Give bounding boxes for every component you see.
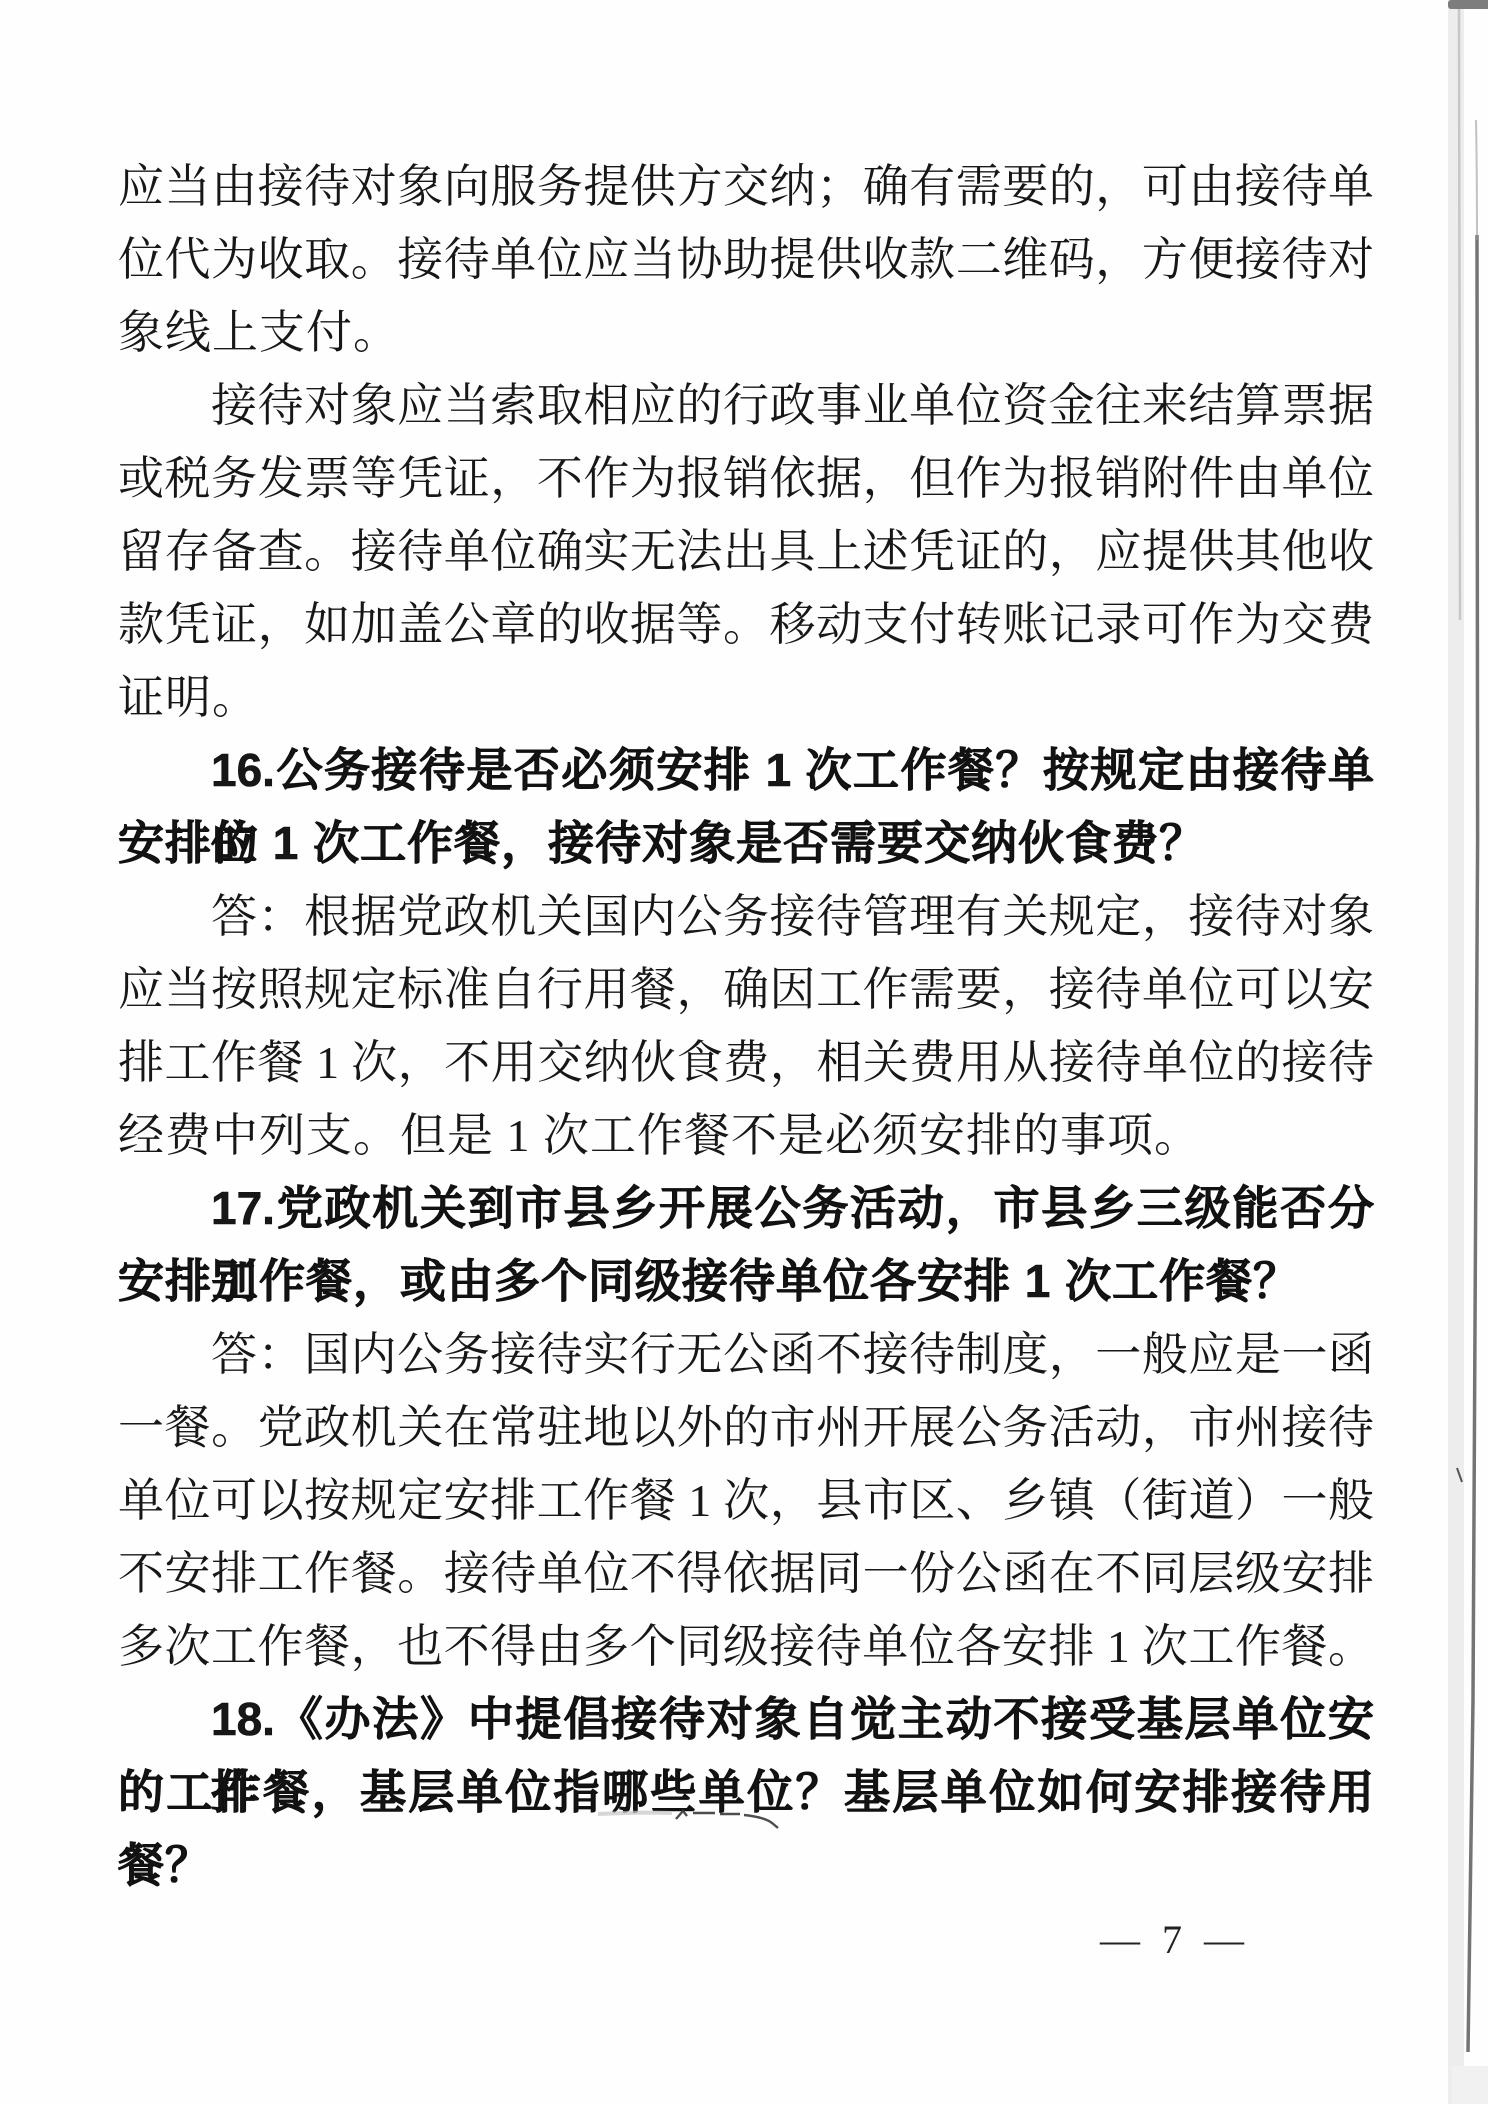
- document-text-block: 应当由接待对象向服务提供方交纳；确有需要的，可由接待单 位代为收取。接待单位应当…: [118, 150, 1374, 1902]
- scan-bottom-corner: [1452, 2066, 1488, 2104]
- question-line: 18.《办法》中提倡接待对象自觉主动不接受基层单位安排: [118, 1683, 1374, 1756]
- scan-edge-band: [1448, 0, 1464, 2104]
- text-line: 应当按照规定标准自行用餐，确因工作需要，接待单位可以安: [118, 953, 1374, 1026]
- question-line: 安排的 1 次工作餐，接待对象是否需要交纳伙食费？: [118, 807, 1374, 880]
- answer-17: 答：国内公务接待实行无公函不接待制度，一般应是一函 一餐。党政机关在常驻地以外的…: [118, 1318, 1374, 1683]
- text-line: 答：根据党政机关国内公务接待管理有关规定，接待对象: [118, 880, 1374, 953]
- text-line: 不安排工作餐。接待单位不得依据同一份公函在不同层级安排: [118, 1537, 1374, 1610]
- question-16: 16.公务接待是否必须安排 1 次工作餐？按规定由接待单位 安排的 1 次工作餐…: [118, 734, 1374, 880]
- text-line: 接待对象应当索取相应的行政事业单位资金往来结算票据: [118, 369, 1374, 442]
- paragraph: 应当由接待对象向服务提供方交纳；确有需要的，可由接待单 位代为收取。接待单位应当…: [118, 150, 1374, 369]
- question-17: 17.党政机关到市县乡开展公务活动，市县乡三级能否分别 安排工作餐，或由多个同级…: [118, 1172, 1374, 1318]
- question-line: 的工作餐，基层单位指哪些单位？基层单位如何安排接待用: [118, 1756, 1374, 1829]
- scan-edge-shadow: [1468, 235, 1478, 2052]
- text-line: 一餐。党政机关在常驻地以外的市州开展公务活动，市州接待: [118, 1391, 1374, 1464]
- paragraph: 接待对象应当索取相应的行政事业单位资金往来结算票据 或税务发票等凭证，不作为报销…: [118, 369, 1374, 734]
- text-line: 答：国内公务接待实行无公函不接待制度，一般应是一函: [118, 1318, 1374, 1391]
- page-number: — 7 —: [1100, 1916, 1250, 1963]
- text-line: 经费中列支。但是 1 次工作餐不是必须安排的事项。: [118, 1099, 1374, 1172]
- question-line: 17.党政机关到市县乡开展公务活动，市县乡三级能否分别: [118, 1172, 1374, 1245]
- answer-16: 答：根据党政机关国内公务接待管理有关规定，接待对象 应当按照规定标准自行用餐，确…: [118, 880, 1374, 1172]
- scan-edge-light-line: [1459, 4, 1460, 620]
- question-line: 安排工作餐，或由多个同级接待单位各安排 1 次工作餐？: [118, 1245, 1374, 1318]
- scan-corner-mark: [1448, 0, 1488, 9]
- scan-edge-shadow-faint: [1476, 120, 1477, 240]
- text-line: 应当由接待对象向服务提供方交纳；确有需要的，可由接待单: [118, 150, 1374, 223]
- text-line: 象线上支付。: [118, 296, 1374, 369]
- text-line: 单位可以按规定安排工作餐 1 次，县市区、乡镇（街道）一般: [118, 1464, 1374, 1537]
- scanned-document-page: 应当由接待对象向服务提供方交纳；确有需要的，可由接待单 位代为收取。接待单位应当…: [0, 0, 1488, 2104]
- question-18: 18.《办法》中提倡接待对象自觉主动不接受基层单位安排 的工作餐，基层单位指哪些…: [118, 1683, 1374, 1902]
- text-line: 留存备查。接待单位确实无法出具上述凭证的，应提供其他收: [118, 515, 1374, 588]
- text-line: 证明。: [118, 661, 1374, 734]
- scan-edge-tick: [1457, 1468, 1462, 1482]
- question-line: 餐？: [118, 1829, 1374, 1902]
- question-line: 16.公务接待是否必须安排 1 次工作餐？按规定由接待单位: [118, 734, 1374, 807]
- text-line: 多次工作餐，也不得由多个同级接待单位各安排 1 次工作餐。: [118, 1610, 1374, 1683]
- text-line: 排工作餐 1 次，不用交纳伙食费，相关费用从接待单位的接待: [118, 1026, 1374, 1099]
- text-line: 位代为收取。接待单位应当协助提供收款二维码，方便接待对: [118, 223, 1374, 296]
- text-line: 款凭证，如加盖公章的收据等。移动支付转账记录可作为交费: [118, 588, 1374, 661]
- text-line: 或税务发票等凭证，不作为报销依据，但作为报销附件由单位: [118, 442, 1374, 515]
